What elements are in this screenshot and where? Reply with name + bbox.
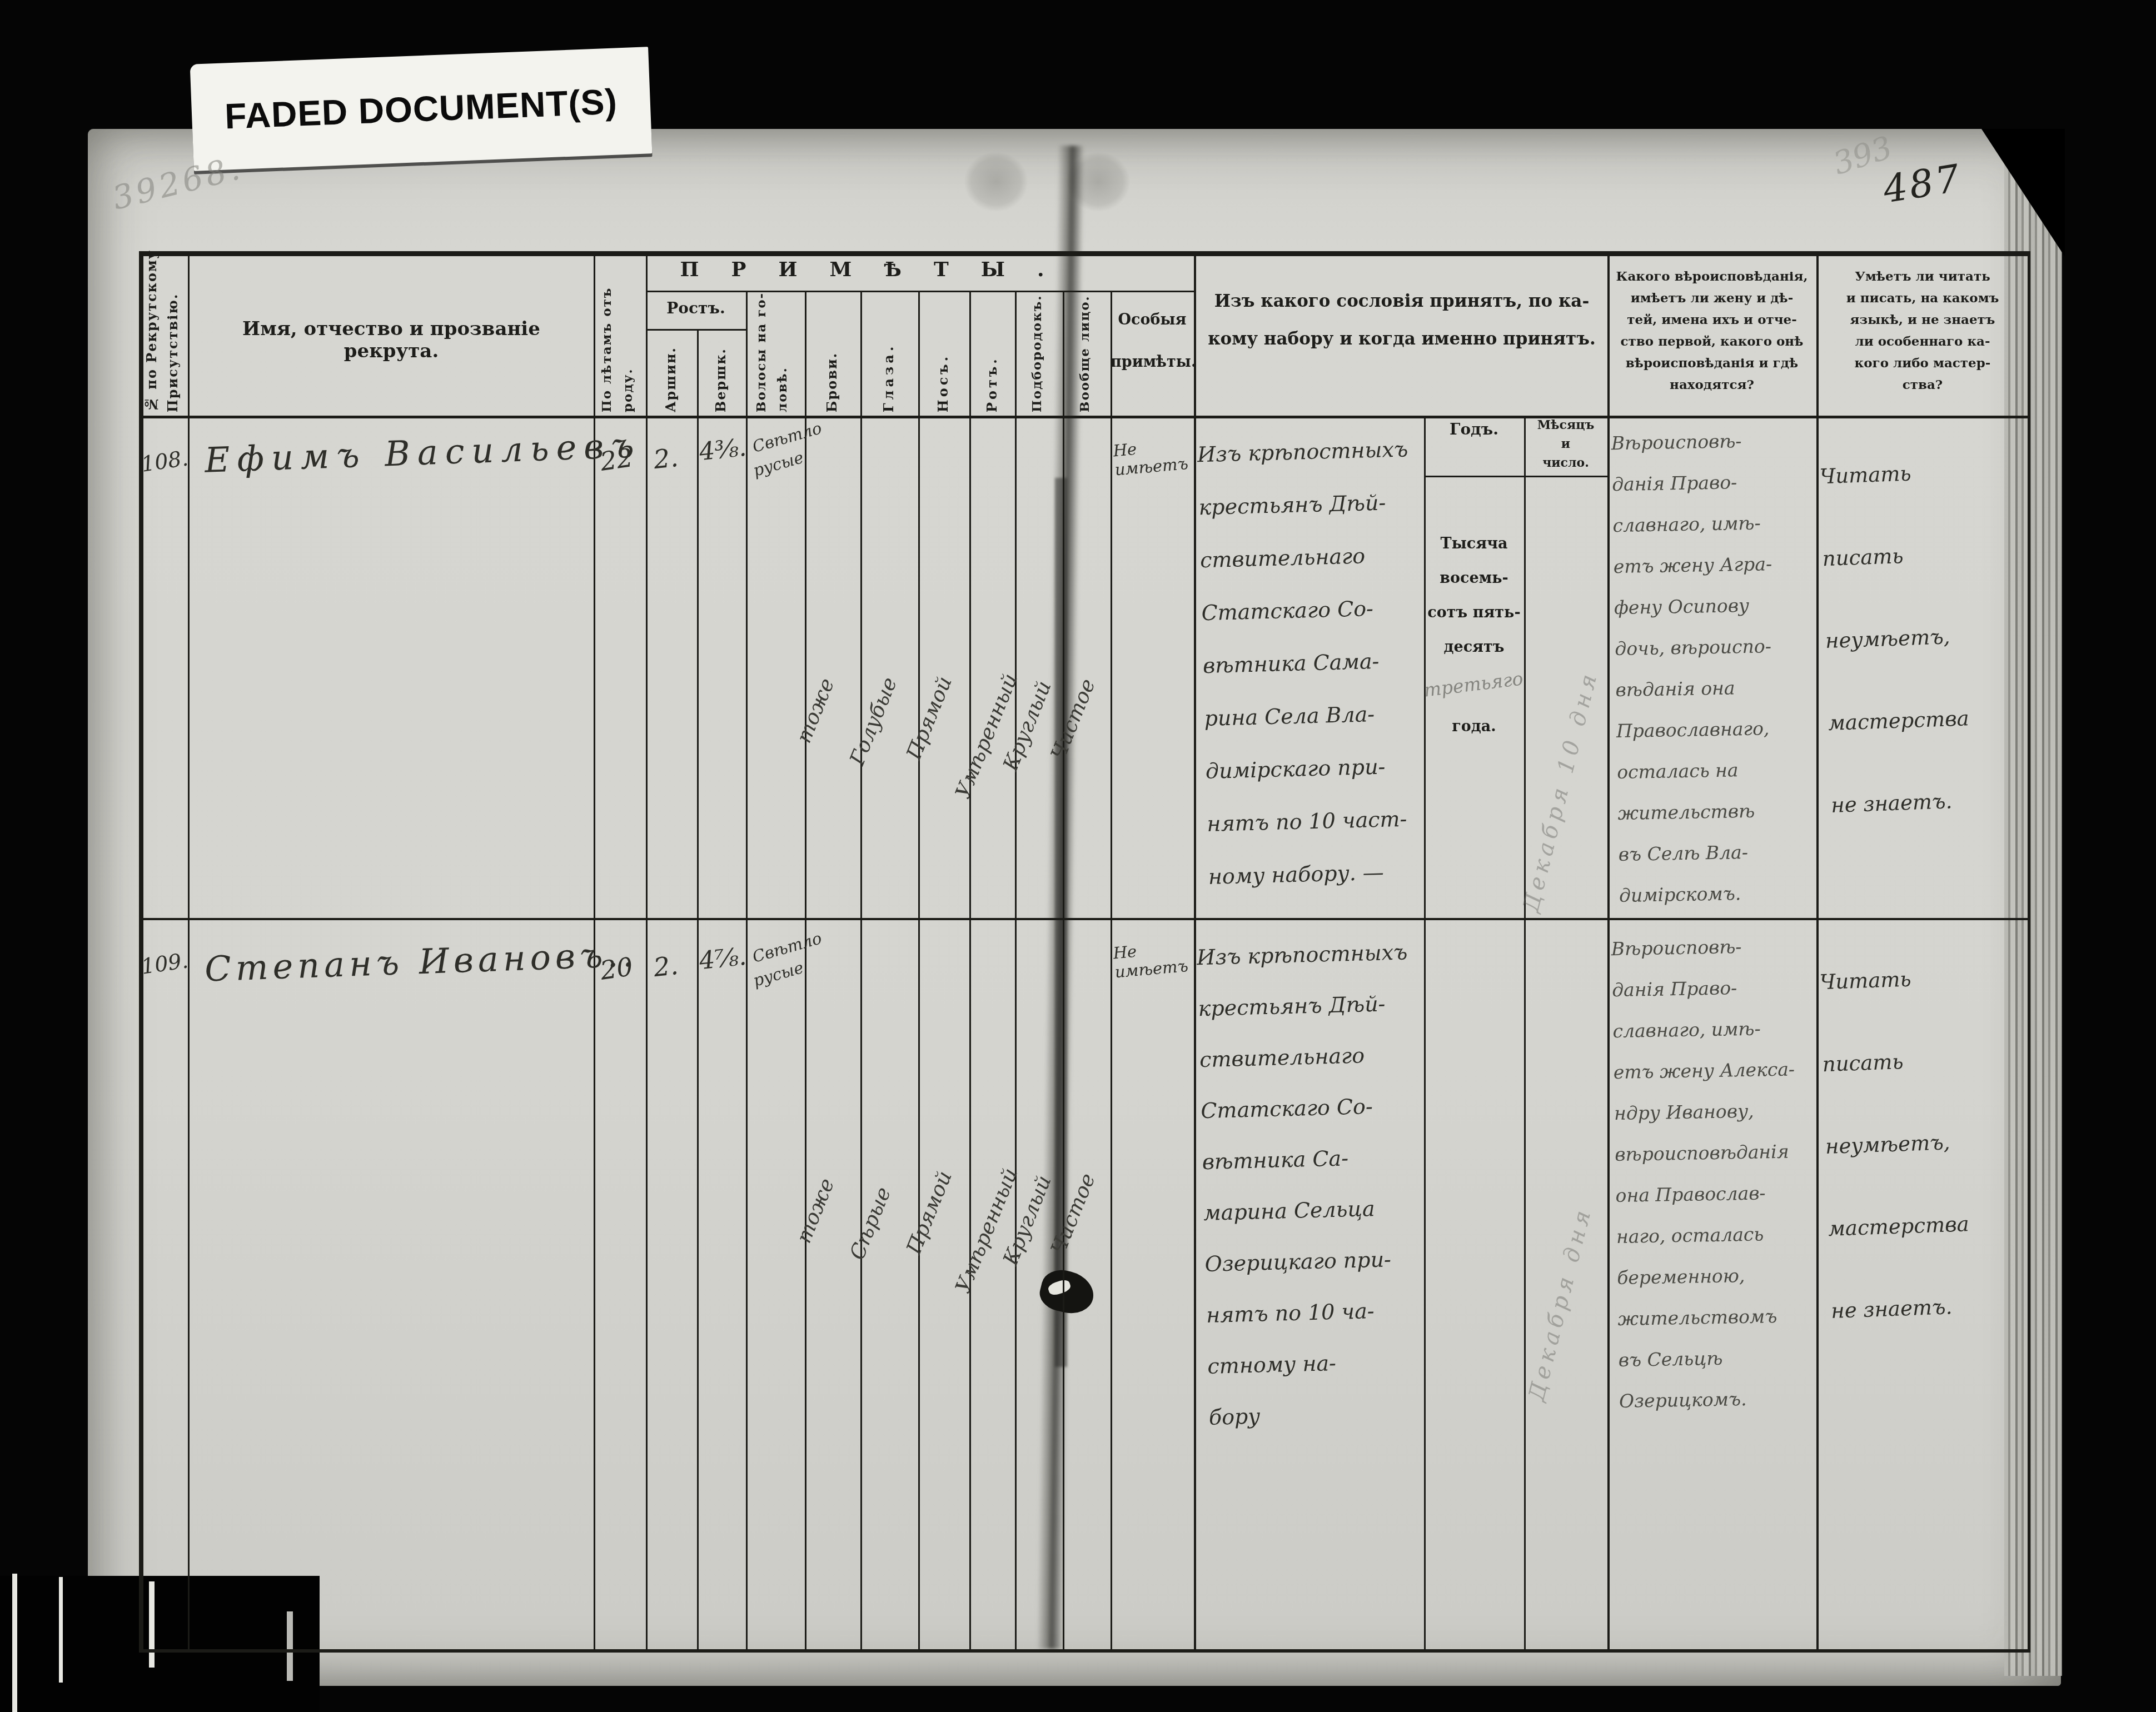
- column-header-eyes: Глаза.: [880, 340, 897, 412]
- column-header-hair: Волосы на го-: [754, 287, 769, 412]
- arshin-value: 2.: [652, 950, 679, 982]
- table-line: [1111, 291, 1112, 1653]
- table-line: [1524, 416, 1526, 1653]
- column-header-age: роду.: [620, 362, 635, 412]
- column-header-religion: Какого вѣроисповѣданія, имѣетъ ли жену и…: [1612, 266, 1812, 396]
- faded-document-label-text: FADED DOCUMENT(S): [224, 81, 618, 137]
- table-line: [646, 329, 746, 331]
- column-header-name: Имя, отчество и прозваніе рекрута.: [193, 318, 589, 362]
- table-line: [746, 291, 748, 1653]
- table-line: [697, 329, 699, 1653]
- column-header-face: Вообще лицо.: [1077, 286, 1092, 412]
- clasp-highlight: [59, 1577, 63, 1683]
- table-line: [1015, 291, 1017, 1653]
- column-group-estate: кому набору и когда именно принятъ.: [1201, 329, 1603, 349]
- arshin-value: 2.: [652, 442, 679, 475]
- scanned-book-photo: FADED DOCUMENT(S) 39268. 393 487: [0, 0, 2156, 1712]
- year-cell-suffix: года.: [1424, 718, 1524, 735]
- column-header-special: примѣты.: [1111, 353, 1194, 371]
- column-header-vershok: Вершк.: [713, 346, 729, 412]
- column-header-nose: Носъ.: [935, 357, 951, 412]
- column-header-month: и: [1524, 437, 1607, 451]
- column-group-estate: Изъ какого сословія принятъ, по ка-: [1201, 291, 1603, 311]
- age-value: 22: [599, 442, 635, 477]
- table-line: [139, 1649, 2030, 1653]
- estate-text: Изъ крѣпостныхъ крестьянъ Дѣй- ствительн…: [1196, 926, 1427, 1443]
- table-line: [646, 251, 648, 1653]
- clasp-highlight: [12, 1574, 17, 1712]
- table-line: [1424, 476, 1607, 477]
- vershok-value: 4⅜.: [698, 433, 748, 467]
- table-line: [1607, 251, 1610, 1653]
- religion-text: Вѣроисповѣ- данія Право- славнаго, имѣ- …: [1611, 925, 1817, 1422]
- column-header-month: число.: [1524, 456, 1607, 470]
- table-line: [139, 251, 2030, 256]
- year-cell-printed: Тысяча восемь- сотъ пять- десятъ: [1424, 527, 1524, 665]
- column-header-arshin: Аршин.: [663, 346, 679, 412]
- special-marks: Не имѣетъ: [1112, 937, 1198, 982]
- table-line: [1063, 291, 1064, 1653]
- column-header-literacy: Умѣетъ ли читать и писать, на какомъ язы…: [1821, 266, 2024, 396]
- table-line: [139, 416, 2030, 418]
- age-value: 20: [599, 951, 635, 986]
- column-header-recruit-no: Присутствію.: [165, 296, 181, 412]
- column-header-age: По лѣтамъ отъ: [599, 287, 614, 412]
- column-header-month: Мѣсяцъ: [1524, 418, 1607, 432]
- religion-text: Вѣроисповѣ- данія Право- славнаго, имѣ- …: [1611, 420, 1817, 916]
- column-header-recruit-no: № по Рекрутскому: [143, 257, 160, 412]
- clasp-highlight: [287, 1611, 293, 1681]
- table-line: [969, 291, 971, 1653]
- table-line: [139, 918, 2030, 920]
- column-group-rost: Ростъ.: [646, 299, 746, 317]
- column-group-primety: ПРИМѢТЫ.: [646, 258, 1111, 281]
- clasp-highlight: [149, 1581, 155, 1668]
- literacy-text: Читать писать неумѣетъ, мастерства не зн…: [1818, 935, 2027, 1352]
- seal-mark: [952, 140, 1040, 223]
- table-line: [805, 291, 806, 1653]
- column-header-special: Особыя: [1111, 311, 1194, 328]
- table-line: [918, 291, 920, 1653]
- literacy-text: Читать писать неумѣетъ, мастерства не зн…: [1818, 429, 2027, 847]
- column-header-hair: ловѣ.: [775, 362, 790, 412]
- column-header-year: Годъ.: [1424, 420, 1524, 438]
- estate-text: Изъ крѣпостныхъ крестьянъ Дѣй- ствительн…: [1197, 423, 1427, 904]
- book-clasp: [0, 1576, 320, 1712]
- column-header-mouth: Ротъ.: [984, 357, 1000, 412]
- column-header-chin: Подбородокъ.: [1029, 282, 1044, 412]
- page-corner-shadow: [1981, 129, 2065, 257]
- table-line: [2028, 251, 2030, 1653]
- column-header-brows: Брови.: [824, 348, 840, 412]
- vershok-value: 4⅞.: [698, 942, 748, 976]
- table-line: [860, 291, 862, 1653]
- special-marks: Не имѣетъ: [1112, 435, 1198, 480]
- faded-document-label: FADED DOCUMENT(S): [190, 47, 653, 171]
